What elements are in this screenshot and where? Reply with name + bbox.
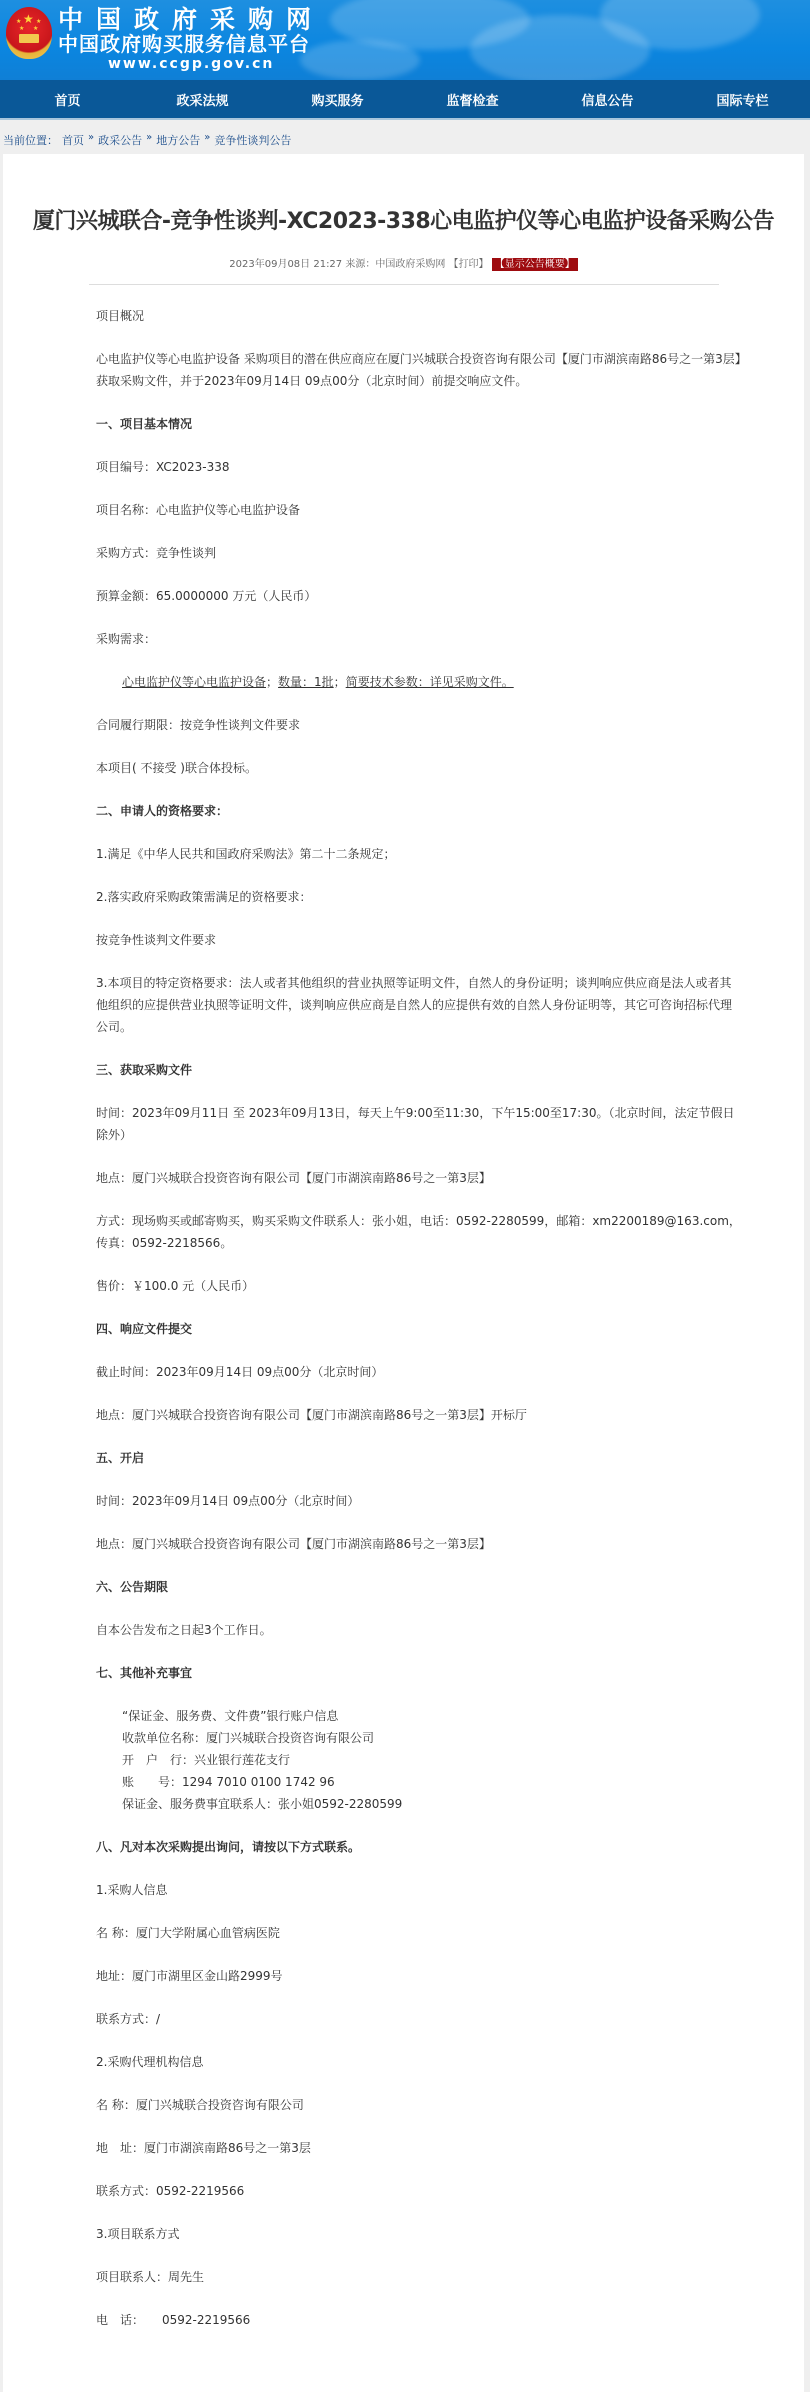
demand-separator: ； [266, 675, 278, 689]
agency-address: 地 址：厦门市湖滨南路86号之一第3层 [96, 2137, 743, 2159]
print-link[interactable]: 【打印】 [449, 259, 489, 270]
breadcrumb: 当前位置： 首页 » 政采公告 » 地方公告 » 竞争性谈判公告 [0, 120, 810, 148]
overview-heading: 项目概况 [96, 305, 743, 327]
star-icon: ★ [23, 13, 34, 25]
page-title: 厦门兴城联合-竞争性谈判-XC2023-338心电监护仪等心电监护设备采购公告 [3, 154, 804, 235]
bank-name: 开 户 行：兴业银行莲花支行 [122, 1749, 743, 1771]
project-number: 项目编号：XC2023-338 [96, 456, 743, 478]
agency-contact: 联系方式：0592-2219566 [96, 2180, 743, 2202]
account-number: 账 号：1294 7010 0100 1742 96 [122, 1771, 743, 1793]
announcement-period: 自本公告发布之日起3个工作日。 [96, 1619, 743, 1641]
nav-item-regulations[interactable]: 政采法规 [135, 90, 270, 109]
star-icon: ★ [33, 26, 38, 32]
nav-item-announcements[interactable]: 信息公告 [540, 90, 675, 109]
source-label: 来源： [345, 259, 375, 270]
publish-datetime: 2023年09月08日 21:27 [229, 259, 342, 270]
project-contact-person: 项目联系人：周先生 [96, 2266, 743, 2288]
buyer-contact: 联系方式：/ [96, 2008, 743, 2030]
section-heading-8: 八、凡对本次采购提出询问，请按以下方式联系。 [96, 1836, 743, 1858]
section-heading-5: 五、开启 [96, 1447, 743, 1469]
overview-text: 心电监护仪等心电监护设备 采购项目的潜在供应商应在厦门兴城联合投资咨询有限公司【… [96, 348, 743, 392]
breadcrumb-prefix: 当前位置： [3, 132, 58, 148]
site-subtitle: 中国政府购买服务信息平台 [58, 33, 324, 55]
nav-item-purchase-services[interactable]: 购买服务 [270, 90, 405, 109]
site-logo[interactable]: 中国政府采购网 中国政府购买服务信息平台 www.ccgp.gov.cn [58, 5, 324, 73]
section-heading-6: 六、公告期限 [96, 1576, 743, 1598]
contract-term: 合同履行期限：按竞争性谈判文件要求 [96, 714, 743, 736]
breadcrumb-announcements[interactable]: 政采公告 [98, 132, 142, 148]
site-name: 中国政府采购网 [58, 5, 324, 35]
breadcrumb-home[interactable]: 首页 [62, 132, 84, 148]
site-banner: ★ ★ ★ ★ ★ 中国政府采购网 中国政府购买服务信息平台 www.ccgp.… [0, 0, 810, 80]
deposit-contact: 保证金、服务费事宜联系人：张小姐0592-2280599 [122, 1793, 743, 1815]
acquisition-method: 方式：现场购买或邮寄购买，购买采购文件联系人：张小姐，电话：0592-22805… [96, 1210, 743, 1254]
breadcrumb-separator: » [88, 132, 94, 148]
acquisition-time: 时间：2023年09月11日 至 2023年09月13日，每天上午9:00至11… [96, 1102, 743, 1146]
demand-detail: 心电监护仪等心电监护设备；数量：1批；简要技术参数：详见采购文件。 [96, 671, 743, 693]
article-meta: 2023年09月08日 21:27 来源：中国政府采购网 【打印】 【显示公告概… [3, 255, 804, 270]
opening-time: 时间：2023年09月14日 09点00分（北京时间） [96, 1490, 743, 1512]
project-contact-heading: 3.项目联系方式 [96, 2223, 743, 2245]
procurement-method: 采购方式：竞争性谈判 [96, 542, 743, 564]
agency-name: 名 称：厦门兴城联合投资咨询有限公司 [96, 2094, 743, 2116]
breadcrumb-separator: » [146, 132, 152, 148]
section-heading-2: 二、申请人的资格要求： [96, 800, 743, 822]
breadcrumb-separator: » [204, 132, 210, 148]
requirement-3: 3.本项目的特定资格要求：法人或者其他组织的营业执照等证明文件，自然人的身份证明… [96, 972, 743, 1038]
show-summary-button[interactable]: 【显示公告概要】 [492, 258, 578, 271]
requirement-2: 2.落实政府采购政策需满足的资格要求： [96, 886, 743, 908]
nav-item-supervision[interactable]: 监督检查 [405, 90, 540, 109]
national-emblem-icon[interactable]: ★ ★ ★ ★ ★ [6, 7, 52, 59]
nav-item-home[interactable]: 首页 [0, 90, 135, 109]
project-contact-phone: 电 话： 0592-2219566 [96, 2309, 743, 2331]
main-nav: 首页 政采法规 购买服务 监督检查 信息公告 国际专栏 [0, 80, 810, 120]
nav-item-international[interactable]: 国际专栏 [675, 90, 810, 109]
submission-deadline: 截止时间：2023年09月14日 09点00分（北京时间） [96, 1361, 743, 1383]
section-heading-4: 四、响应文件提交 [96, 1318, 743, 1340]
document-price: 售价：￥100.0 元（人民币） [96, 1275, 743, 1297]
agency-heading: 2.采购代理机构信息 [96, 2051, 743, 2073]
section-heading-7: 七、其他补充事宜 [96, 1662, 743, 1684]
budget-amount: 预算金额：65.0000000 万元（人民币） [96, 585, 743, 607]
site-url: www.ccgp.gov.cn [108, 55, 324, 73]
article-content: 项目概况 心电监护仪等心电监护设备 采购项目的潜在供应商应在厦门兴城联合投资咨询… [3, 285, 743, 2331]
tiananmen-icon [19, 34, 39, 43]
requirement-2-detail: 按竞争性谈判文件要求 [96, 929, 743, 951]
consortium-policy: 本项目( 不接受 )联合体投标。 [96, 757, 743, 779]
star-icon: ★ [19, 26, 24, 32]
submission-place: 地点：厦门兴城联合投资咨询有限公司【厦门市湖滨南路86号之一第3层】开标厅 [96, 1404, 743, 1426]
section-heading-3: 三、获取采购文件 [96, 1059, 743, 1081]
payee-name: 收款单位名称：厦门兴城联合投资咨询有限公司 [122, 1727, 743, 1749]
demand-quantity: 数量：1批 [278, 675, 334, 689]
breadcrumb-negotiation-announcements[interactable]: 竞争性谈判公告 [214, 132, 291, 148]
demand-spec: 简要技术参数：详见采购文件。 [346, 675, 514, 689]
article-card: 厦门兴城联合-竞争性谈判-XC2023-338心电监护仪等心电监护设备采购公告 … [3, 154, 804, 2392]
bank-info-title: “保证金、服务费、文件费”银行账户信息 [122, 1705, 743, 1727]
demand-label: 采购需求： [96, 628, 743, 650]
bank-account-info: “保证金、服务费、文件费”银行账户信息 收款单位名称：厦门兴城联合投资咨询有限公… [96, 1705, 743, 1815]
buyer-name: 名 称：厦门大学附属心血管病医院 [96, 1922, 743, 1944]
acquisition-place: 地点：厦门兴城联合投资咨询有限公司【厦门市湖滨南路86号之一第3层】 [96, 1167, 743, 1189]
requirement-1: 1.满足《中华人民共和国政府采购法》第二十二条规定； [96, 843, 743, 865]
source-name: 中国政府采购网 [375, 259, 445, 270]
buyer-address: 地址：厦门市湖里区金山路2999号 [96, 1965, 743, 1987]
opening-place: 地点：厦门兴城联合投资咨询有限公司【厦门市湖滨南路86号之一第3层】 [96, 1533, 743, 1555]
buyer-heading: 1.采购人信息 [96, 1879, 743, 1901]
demand-separator: ； [334, 675, 346, 689]
breadcrumb-local-announcements[interactable]: 地方公告 [156, 132, 200, 148]
section-heading-1: 一、项目基本情况 [96, 413, 743, 435]
project-name: 项目名称：心电监护仪等心电监护设备 [96, 499, 743, 521]
demand-item: 心电监护仪等心电监护设备 [122, 675, 266, 689]
